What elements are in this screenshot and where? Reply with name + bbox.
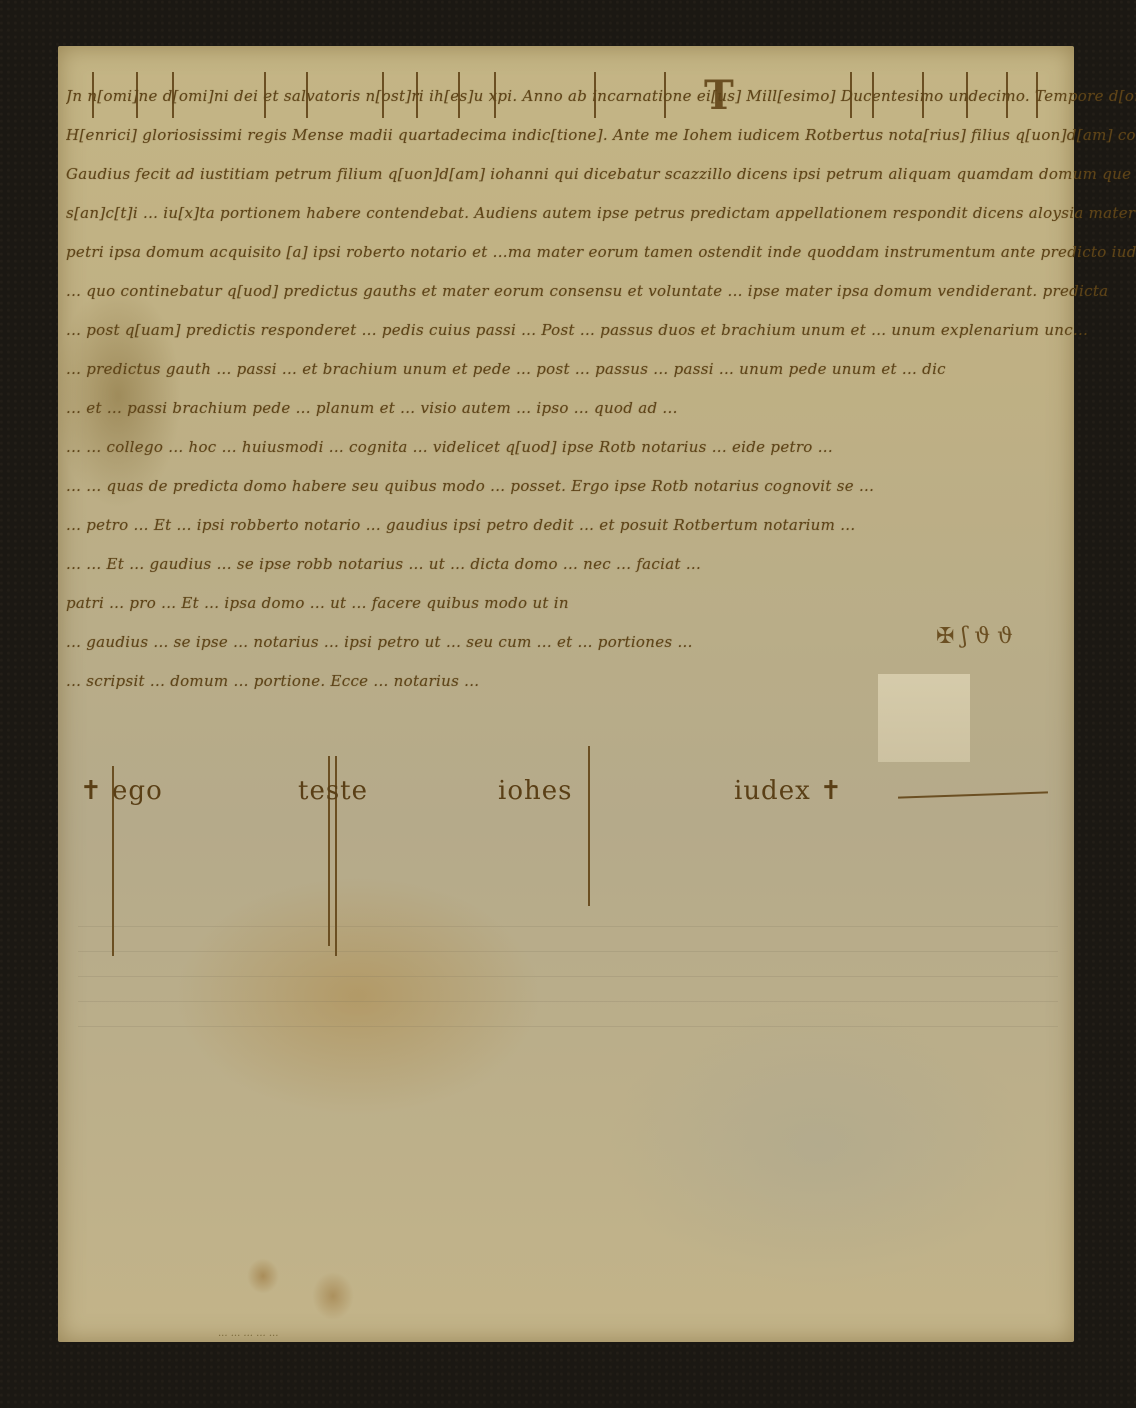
parchment-charter: T Jn n[omi]ne d[omi]ni dei et salvatoris…	[58, 46, 1074, 1342]
text-line: ... et ... passi brachium pede ... planu…	[66, 394, 678, 422]
footer-annotation: ... ... ... ... ...	[218, 1328, 278, 1339]
dry-point-ruling	[78, 1026, 1058, 1027]
signature-teste: teste	[298, 776, 368, 806]
text-line: ... ... quas de predicta domo habere seu…	[66, 472, 874, 500]
signature-ego: ✝ ego	[80, 776, 163, 806]
text-line: ... scripsit ... domum ... portione. Ecc…	[66, 667, 479, 695]
text-line: ... petro ... Et ... ipsi robberto notar…	[66, 511, 855, 539]
signature-iudex: iudex ✝	[734, 776, 843, 806]
text-line: Jn n[omi]ne d[omi]ni dei et salvatoris n…	[66, 82, 1136, 110]
signature-iohannes: iohes	[498, 776, 572, 806]
dry-point-ruling	[78, 1001, 1058, 1002]
text-line: ... quo continebatur q[uod] predictus ga…	[66, 277, 1108, 305]
text-line: ... gaudius ... se ipse ... notarius ...…	[66, 628, 693, 656]
text-line: petri ipsa domum acquisito [a] ipsi robe…	[66, 238, 1136, 266]
dry-point-ruling	[78, 976, 1058, 977]
text-line: H[enrici] gloriosissimi regis Mense madi…	[66, 121, 1136, 149]
closing-monogram: ✠ ʃ ϑ ϑ	[936, 624, 1013, 649]
text-line: patri ... pro ... Et ... ipsa domo ... u…	[66, 589, 569, 617]
text-line: s[an]c[t]i ... iu[x]ta portionem habere …	[66, 199, 1136, 227]
text-line: ... ... Et ... gaudius ... se ipse robb …	[66, 550, 701, 578]
text-line: ... post q[uam] predictis responderet ..…	[66, 316, 1088, 344]
text-line: ... ... collego ... hoc ... huiusmodi ..…	[66, 433, 833, 461]
witness-signatures: ✝ ego teste iohes iudex ✝	[58, 726, 1074, 956]
text-line: Gaudius fecit ad iustitiam petrum filium…	[66, 160, 1136, 188]
text-line: ... predictus gauth ... passi ... et bra…	[66, 355, 946, 383]
